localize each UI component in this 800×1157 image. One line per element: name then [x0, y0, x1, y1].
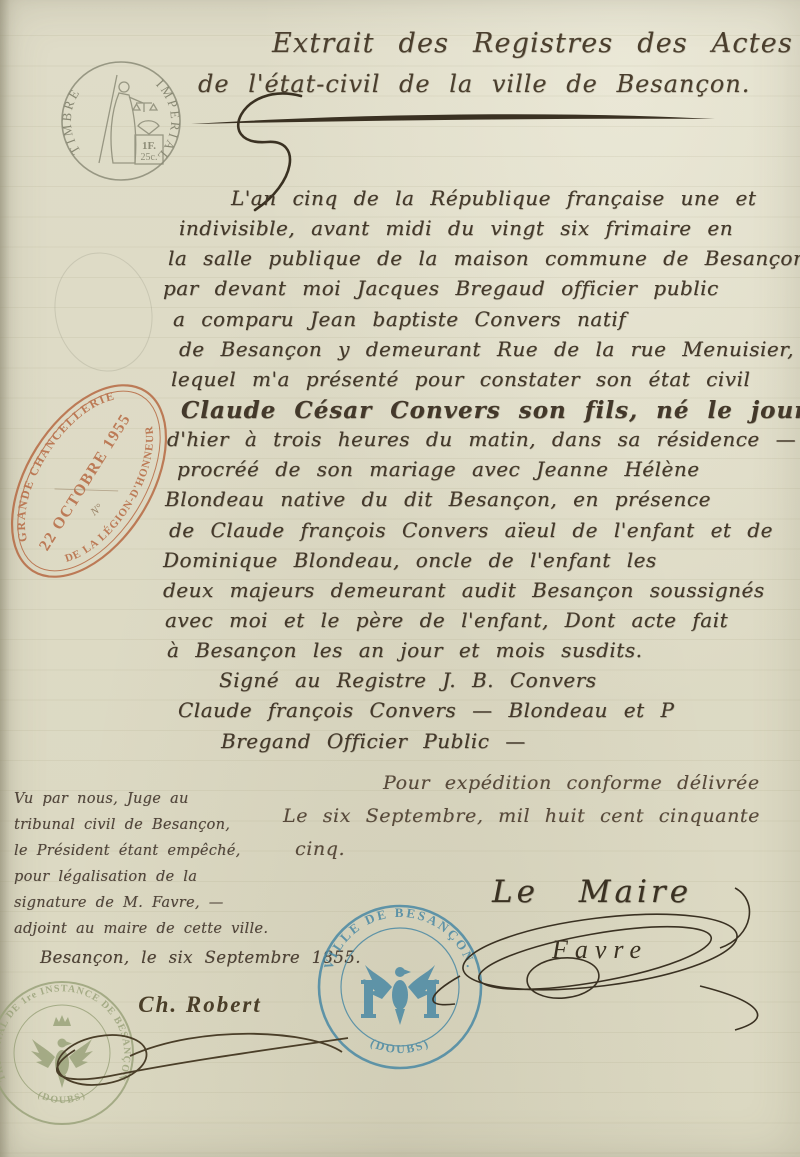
scales-icon: [133, 103, 157, 112]
note-line: Vu par nous, Juge au: [14, 791, 264, 817]
body-line: procréé de son mariage avec Jeanne Hélèn…: [163, 457, 795, 487]
body-line: Dominique Blondeau, oncle de l'enfant le…: [163, 548, 795, 578]
body-line: à Besançon les an jour et mois susdits.: [163, 638, 795, 668]
body-line: de Claude françois Convers aïeul de l'en…: [163, 518, 795, 548]
body-line: Claude César Convers son fils, né le jou…: [163, 397, 795, 427]
timbre-arc-right: IMPERIAL: [153, 76, 183, 165]
body-line: L'an cinq de la République française une…: [163, 186, 795, 216]
body-line: par devant moi Jacques Bregaud officier …: [163, 276, 795, 306]
body-line: Blondeau native du dit Besançon, en prés…: [163, 487, 795, 517]
clerk-signature-flourish: [54, 1029, 348, 1092]
body-line: d'hier à trois heures du matin, dans sa …: [163, 427, 795, 457]
header-divider: [191, 114, 715, 124]
body-line: a comparu Jean baptiste Convers natif: [163, 307, 795, 337]
note-line: tribunal civil de Besançon,: [14, 817, 264, 843]
marginal-note: Vu par nous, Juge au tribunal civil de B…: [14, 791, 264, 947]
note-line: signature de M. Favre, —: [14, 895, 264, 921]
body-line: la salle publique de la maison commune d…: [163, 246, 795, 276]
delivery-line: Pour expédition conforme délivrée: [283, 772, 793, 805]
mayor-signature-name: Favre: [551, 935, 648, 964]
note-line: pour légalisation de la: [14, 869, 264, 895]
stamp-value-top: 1F.: [142, 140, 156, 152]
svg-text:IMPERIAL: IMPERIAL: [153, 76, 183, 165]
clerk-signature-name: Ch. Robert: [138, 992, 262, 1017]
clerk-signature: Ch. Robert: [30, 980, 360, 1095]
document-page: 1F. 25c. TIMBRE IMPERIAL Extrait des Reg…: [0, 0, 800, 1157]
curl-stroke: [720, 888, 749, 948]
body-line: Bregand Officier Public —: [163, 729, 795, 759]
body-line: avec moi et le père de l'enfant, Dont ac…: [163, 608, 795, 638]
body-text: L'an cinq de la République française une…: [163, 186, 795, 759]
chancellerie-number: N°: [88, 501, 106, 519]
body-line: indivisible, avant midi du vingt six fri…: [163, 216, 795, 246]
note-line: le Président étant empêché,: [14, 843, 264, 869]
body-line: Claude françois Convers — Blondeau et P: [163, 698, 795, 728]
body-line: de Besançon y demeurant Rue de la rue Me…: [163, 337, 795, 367]
delivery-line: Le six Septembre, mil huit cent cinquant…: [283, 805, 793, 838]
timbre-imperial-stamp: 1F. 25c. TIMBRE IMPERIAL: [58, 58, 184, 184]
body-line: deux majeurs demeurant audit Besançon so…: [163, 578, 795, 608]
body-line: lequel m'a présenté pour constater son é…: [163, 367, 795, 397]
note-line: adjoint au maire de cette ville.: [14, 921, 264, 947]
mayor-signature-flourish: Favre: [400, 858, 800, 1058]
eagle-relief-icon: [138, 121, 159, 134]
delivery-note: Pour expédition conforme délivrée Le six…: [283, 772, 793, 871]
page-title-line1: Extrait des Registres des Actes: [272, 28, 793, 59]
body-line: Signé au Registre J. B. Convers: [163, 668, 795, 698]
note-date-line: Besançon, le six Septembre 1855.: [40, 948, 361, 967]
